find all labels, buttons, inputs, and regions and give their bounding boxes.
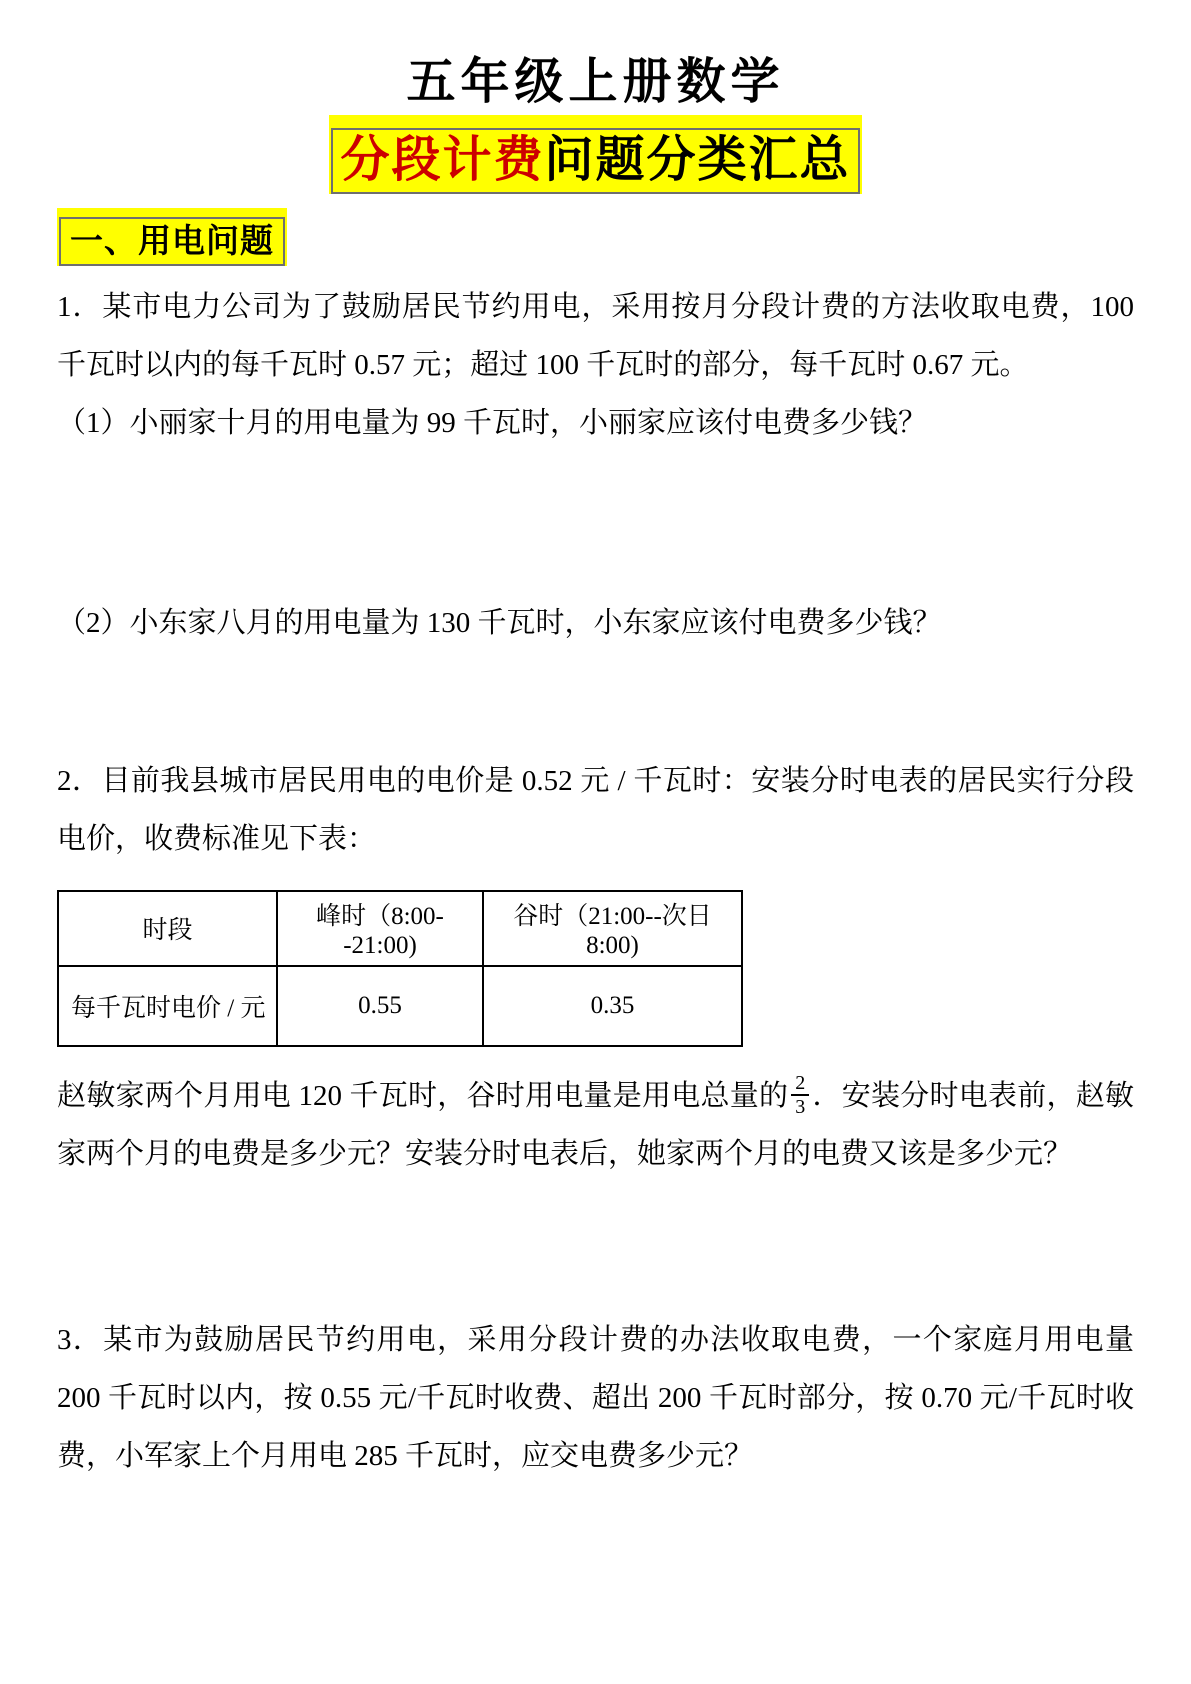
rate-table-value-row: 每千瓦时电价 / 元 0.55 0.35: [58, 966, 742, 1046]
problem-1-subquestion-1: （1）小丽家十月的用电量为 99 千瓦时，小丽家应该付电费多少钱？: [57, 394, 1134, 452]
rate-table-peak-price: 0.55: [277, 966, 483, 1046]
page-title: 五年级上册数学: [57, 52, 1134, 113]
fraction-denominator: 3: [791, 1096, 809, 1118]
section-heading-row: 一、用电问题: [57, 208, 1134, 266]
problem-2-question-before-fraction: 赵敏家两个月用电 120 千瓦时，谷时用电量是用电总量的: [57, 1080, 788, 1112]
section-heading: 一、用电问题: [59, 217, 285, 266]
problem-2-question: 赵敏家两个月用电 120 千瓦时，谷时用电量是用电总量的23．安装分时电表前，赵…: [57, 1067, 1134, 1183]
subtitle-row: 分段计费问题分类汇总: [57, 115, 1134, 194]
rate-table-offpeak-price: 0.35: [483, 966, 742, 1046]
fraction-numerator: 2: [791, 1072, 809, 1096]
rate-table-header-period: 时段: [58, 891, 277, 966]
rate-table-header-peak: 峰时（8:00--21:00): [277, 891, 483, 966]
problem-1-subquestion-2: （2）小东家八月的用电量为 130 千瓦时，小东家应该付电费多少钱？: [57, 594, 1134, 652]
electricity-rate-table: 时段 峰时（8:00--21:00) 谷时（21:00--次日 8:00) 每千…: [57, 890, 743, 1047]
problem-1-text: 1．某市电力公司为了鼓励居民节约用电，采用按月分段计费的方法收取电费，100 千…: [57, 278, 1134, 394]
subtitle-highlight: 分段计费问题分类汇总: [329, 115, 861, 194]
rate-table-row-label: 每千瓦时电价 / 元: [58, 966, 277, 1046]
section-heading-highlight: 一、用电问题: [57, 208, 287, 266]
problem-3-text: 3．某市为鼓励居民节约用电，采用分段计费的办法收取电费，一个家庭月用电量 200…: [57, 1311, 1134, 1485]
problem-2-intro: 2．目前我县城市居民用电的电价是 0.52 元 / 千瓦时：安装分时电表的居民实…: [57, 752, 1134, 868]
worksheet-page: 五年级上册数学 分段计费问题分类汇总 一、用电问题 1．某市电力公司为了鼓励居民…: [0, 0, 1191, 1684]
fraction-two-thirds: 23: [791, 1072, 809, 1118]
rate-table-header-row: 时段 峰时（8:00--21:00) 谷时（21:00--次日 8:00): [58, 891, 742, 966]
subtitle-box: 分段计费问题分类汇总: [331, 128, 859, 194]
rate-table-header-offpeak: 谷时（21:00--次日 8:00): [483, 891, 742, 966]
subtitle-black-text: 问题分类汇总: [545, 133, 851, 187]
subtitle-red-text: 分段计费: [340, 133, 544, 187]
